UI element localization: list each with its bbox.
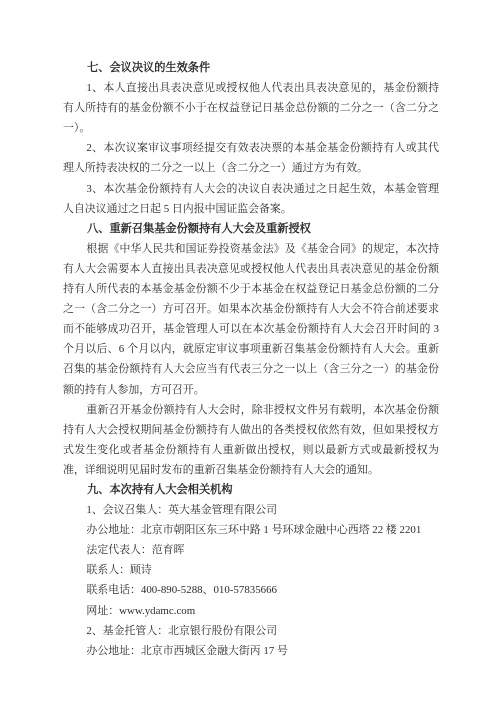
paragraph-reauthorization: 重新召开基金份额持有人大会时，除非授权文件另有载明，本次基金份额持有人大会授权期… <box>63 400 439 480</box>
paragraph-reconvene-rules: 根据《中华人民共和国证券投资基金法》及《基金合同》的规定，本次持有人大会需要本人… <box>63 239 439 400</box>
paragraph-effective-condition-1: 1、本人直接出具表决意见或授权他人代表出具表决意见的，基金份额持有人所持有的基金… <box>63 78 439 138</box>
document-content: 七、会议决议的生效条件 1、本人直接出具表决意见或授权他人代表出具表决意见的，基… <box>63 58 439 661</box>
line-custodian-address: 办公地址：北京市西城区金融大街丙 17 号 <box>63 641 439 661</box>
line-convener-address: 办公地址：北京市朝阳区东三环中路 1 号环球金融中心西塔 22 楼 2201 <box>63 520 439 540</box>
line-contact-person: 联系人：顾诗 <box>63 560 439 580</box>
section-heading-7: 七、会议决议的生效条件 <box>63 58 439 78</box>
line-website: 网址：www.ydamc.com <box>63 601 439 621</box>
line-contact-phone: 联系电话：400-890-5288、010-57835666 <box>63 580 439 600</box>
section-heading-8: 八、重新召集基金份额持有人大会及重新授权 <box>63 219 439 239</box>
paragraph-effective-condition-2: 2、本次议案审议事项经提交有效表决票的本基金基金份额持有人或其代理人所持表决权的… <box>63 138 439 178</box>
document-page: 七、会议决议的生效条件 1、本人直接出具表决意见或授权他人代表出具表决意见的，基… <box>0 0 500 707</box>
line-custodian: 2、基金托管人：北京银行股份有限公司 <box>63 621 439 641</box>
paragraph-effective-condition-3: 3、本次基金份额持有人大会的决议自表决通过之日起生效，本基金管理人自决议通过之日… <box>63 179 439 219</box>
section-heading-9: 九、本次持有人大会相关机构 <box>63 480 439 500</box>
line-legal-representative: 法定代表人：范育晖 <box>63 540 439 560</box>
line-convener: 1、会议召集人：英大基金管理有限公司 <box>63 500 439 520</box>
